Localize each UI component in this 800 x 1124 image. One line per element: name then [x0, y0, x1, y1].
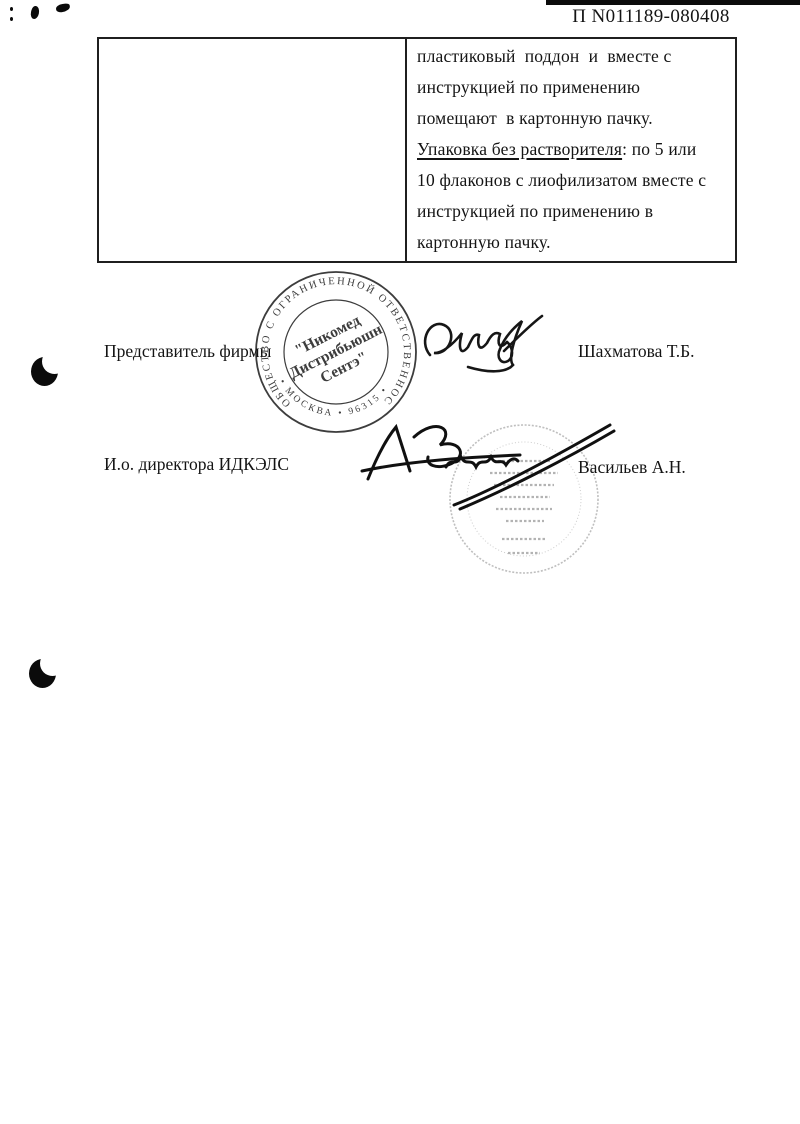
punch-hole-shadow [31, 357, 58, 386]
scanned-document-page: П N011189-080408 пластиковый поддон и вм… [0, 0, 800, 1124]
signatory-role: Представитель фирмы [104, 341, 271, 362]
scan-speck [10, 7, 13, 11]
packaging-table: пластиковый поддон и вместе с инструкцие… [97, 37, 737, 263]
scan-edge-bar [546, 0, 800, 5]
scan-speck [30, 5, 41, 19]
table-cell-empty [99, 39, 407, 261]
text-line: инструкцией по применению [417, 72, 727, 103]
text-after-underline: : по 5 или [622, 139, 696, 159]
signatory-name: Васильев А.Н. [578, 457, 686, 478]
punch-hole-shadow [29, 659, 56, 688]
text-line: инструкцией по применению в [417, 196, 727, 227]
text-line: 10 флаконов с лиофилизатом вместе с [417, 165, 727, 196]
text-line: картонную пачку. [417, 227, 727, 258]
table-cell-packaging-text: пластиковый поддон и вместе с инструкцие… [407, 39, 735, 261]
text-line: Упаковка без растворителя: по 5 или [417, 134, 727, 165]
underlined-phrase: Упаковка без растворителя [417, 139, 622, 159]
document-number: П N011189-080408 [553, 6, 749, 28]
text-line: помещают в картонную пачку. [417, 103, 727, 134]
scan-speck [56, 3, 71, 13]
signatory-role: И.о. директора ИДКЭЛС [104, 454, 289, 475]
shakhmatova-signature [416, 303, 546, 378]
signatory-name: Шахматова Т.Б. [578, 341, 695, 362]
text-line: пластиковый поддон и вместе с [417, 41, 727, 72]
